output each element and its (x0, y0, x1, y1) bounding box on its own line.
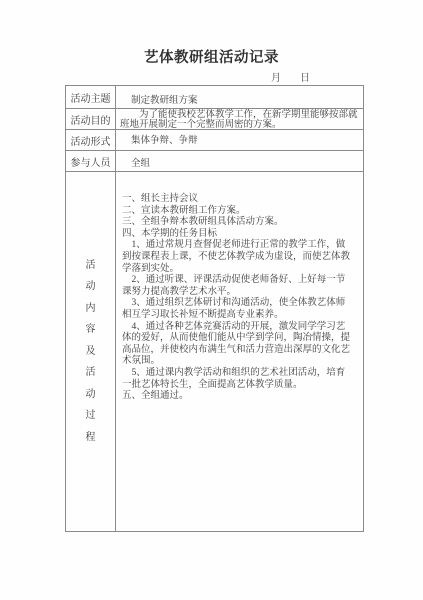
vertical-char: 动 (86, 390, 96, 400)
table-row-process: 活 动 内 容 及 活 动 过 程 一、组长主持会议 二、宣读本教研组工作方案。… (66, 172, 363, 531)
document-page: 艺体教研组活动记录 月日 活动主题 制定教研组方案 活动目的 为了能使我校艺体教… (0, 0, 423, 600)
row-value-format: 集体争辩、争辩 (116, 130, 363, 150)
activity-record-table: 活动主题 制定教研组方案 活动目的 为了能使我校艺体教学工作，在新学期里能够按部… (65, 85, 364, 532)
row-label-process-vertical: 活 动 内 容 及 活 动 过 程 (66, 172, 116, 531)
process-paragraph: 三、全组争辩本教研组具体活动方案。 (122, 217, 353, 229)
row-label-format: 活动形式 (66, 130, 116, 150)
vertical-char: 过 (86, 411, 96, 421)
process-paragraph: 5、通过课内教学活动和组织的艺术社团活动，培育一批艺体特长生，全面提高艺体教学质… (122, 368, 353, 391)
row-value-process: 一、组长主持会议 二、宣读本教研组工作方案。 三、全组争辩本教研组具体活动方案。… (116, 172, 363, 531)
process-paragraph: 五、全组通过。 (122, 391, 353, 403)
document-title: 艺体教研组活动记录 (0, 46, 423, 67)
purpose-text: 为了能使我校艺体教学工作，在新学期里能够按部就班地开展制定一个完整而周密的方案。 (120, 110, 358, 129)
process-paragraph: 1、通过常规月查督促老师进行正常的教学工作，做到按课程表上课，不使艺体教学成为虚… (122, 240, 353, 275)
format-text: 集体争辩、争辩 (131, 136, 198, 146)
table-row-participants: 参与人员 全组 (66, 151, 363, 172)
process-paragraph: 2、通过听课、评课活动促使老师备好、上好每一节课努力提高教学艺术水平。 (122, 275, 353, 298)
date-line: 月日 (271, 69, 310, 84)
row-label-participants: 参与人员 (66, 151, 116, 171)
vertical-char: 程 (86, 433, 96, 443)
theme-text: 制定教研组方案 (131, 92, 198, 106)
row-value-purpose: 为了能使我校艺体教学工作，在新学期里能够按部就班地开展制定一个完整而周密的方案。 (116, 109, 363, 129)
process-paragraph: 3、通过组织艺体研讨和沟通活动，使全体教艺体师相互学习取长补短不断提高专业素养。 (122, 298, 353, 321)
table-row-purpose: 活动目的 为了能使我校艺体教学工作，在新学期里能够按部就班地开展制定一个完整而周… (66, 109, 363, 130)
date-month-label: 月 (271, 73, 281, 84)
row-label-purpose: 活动目的 (66, 109, 116, 129)
vertical-char: 及 (86, 347, 96, 357)
participants-text: 全组 (131, 159, 150, 169)
vertical-char: 容 (86, 325, 96, 335)
row-value-theme: 制定教研组方案 (116, 86, 363, 108)
table-row-theme: 活动主题 制定教研组方案 (66, 86, 363, 109)
row-value-participants: 全组 (116, 151, 363, 171)
vertical-char: 内 (86, 304, 96, 314)
process-paragraph: 二、宣读本教研组工作方案。 (122, 206, 353, 218)
process-paragraph: 4、通过各种艺体竞赛活动的开展，激发同学学习艺体的爱好，从而使他们能从中学到学问… (122, 322, 353, 368)
date-day-label: 日 (300, 73, 310, 84)
row-label-theme: 活动主题 (66, 86, 116, 108)
process-paragraph: 四、本学期的任务目标 (122, 229, 353, 241)
vertical-char: 动 (86, 282, 96, 292)
vertical-char: 活 (86, 261, 96, 271)
vertical-char: 活 (86, 368, 96, 378)
process-paragraph: 一、组长主持会议 (122, 194, 353, 206)
table-row-format: 活动形式 集体争辩、争辩 (66, 130, 363, 151)
